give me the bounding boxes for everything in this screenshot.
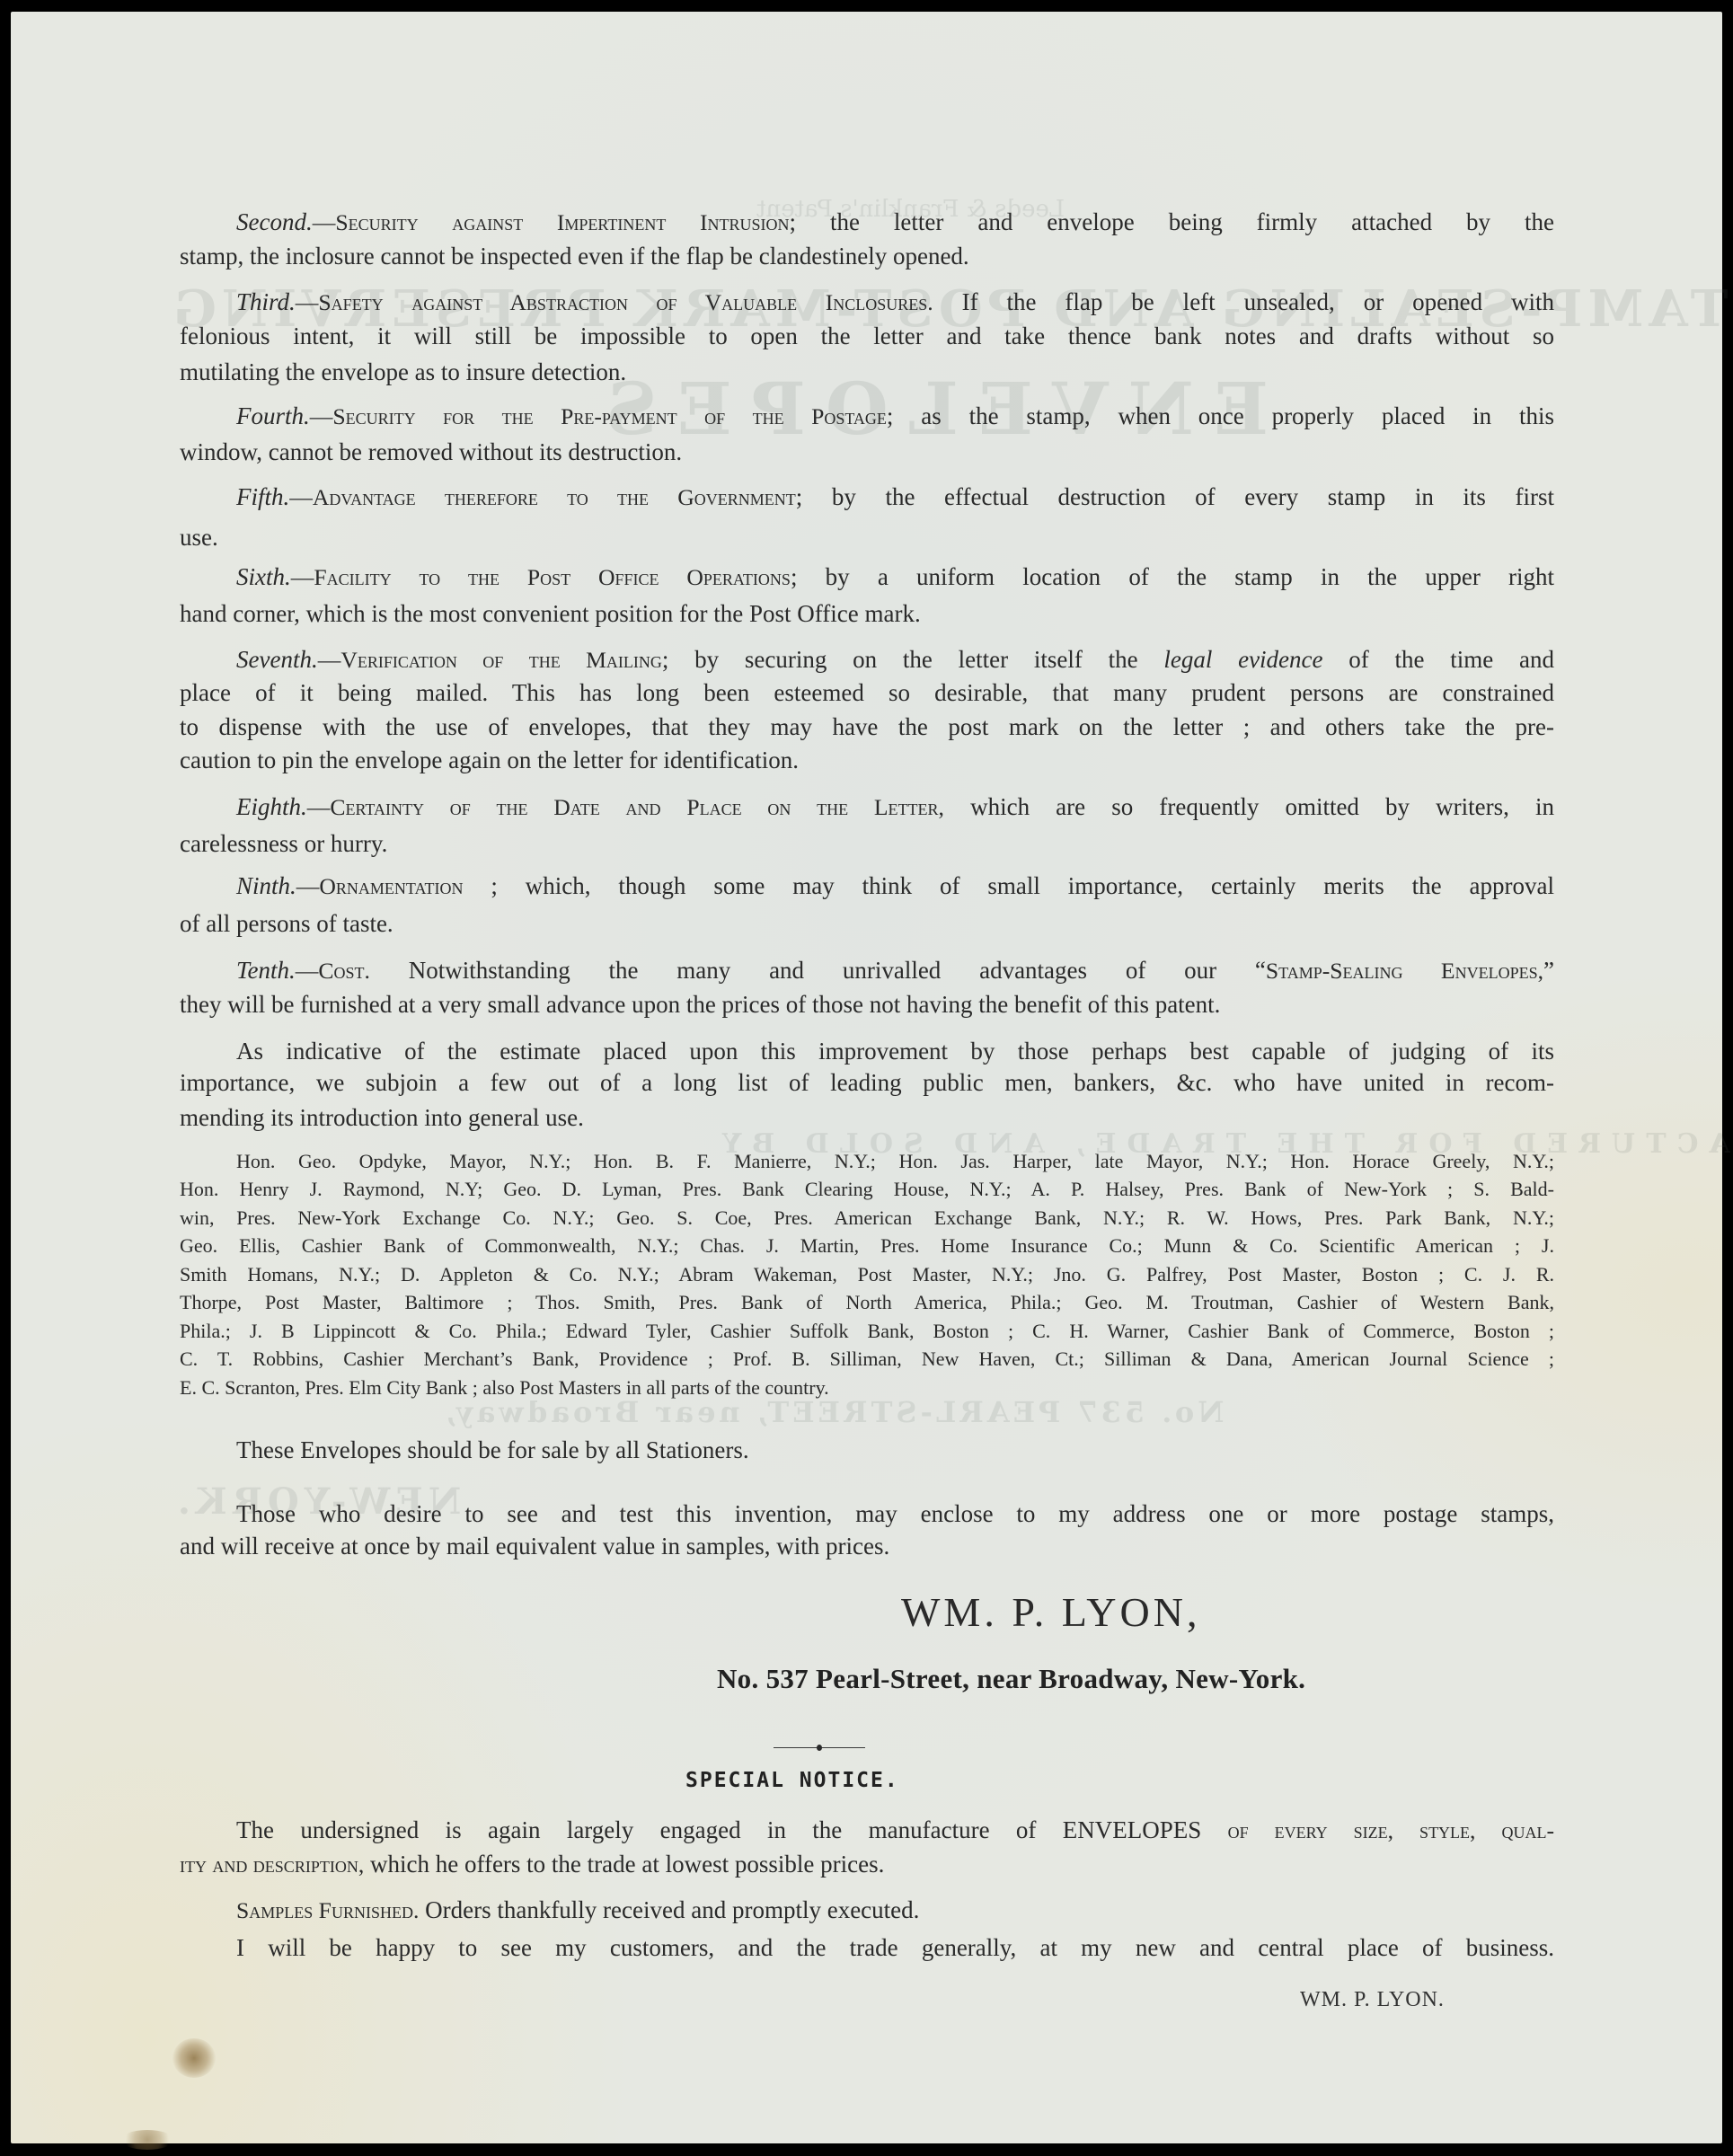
advantage-third-line3: mutilating the envelope as to insure det… (180, 360, 1554, 384)
ghost-address: No. 537 PEARL-STREET, near Broadway, (442, 1395, 1224, 1429)
endorsers-line: Geo. Ellis, Cashier Bank of Commonwealth… (180, 1236, 1554, 1256)
vendor-address: No. 537 Pearl-Street, near Broadway, New… (717, 1663, 1305, 1695)
advantage-second-line2: stamp, the inclosure cannot be inspected… (180, 244, 1554, 269)
advantage-eighth-line2: carelessness or hurry. (180, 832, 1554, 856)
advantage-seventh-line1: Seventh.—Verification of the Mailing; by… (236, 648, 1554, 672)
sale-note: These Envelopes should be for sale by al… (236, 1438, 1554, 1462)
signature: WM. P. LYON. (1300, 1988, 1445, 2012)
advantage-tenth-line2: they will be furnished at a very small a… (180, 993, 1554, 1017)
samples-furnished-line: Samples Furnished. Orders thankfully rec… (236, 1898, 1554, 1922)
advantage-ninth-line2: of all persons of taste. (180, 912, 1554, 936)
endorsement-intro-line1: As indicative of the estimate placed upo… (236, 1039, 1554, 1064)
advantage-seventh-line4: caution to pin the envelope again on the… (180, 748, 1554, 773)
advantage-ninth-line1: Ninth.—Ornamentation ; which, though som… (236, 874, 1554, 898)
endorsers-line: E. C. Scranton, Pres. Elm City Bank ; al… (180, 1378, 1554, 1398)
endorsers-line: Thorpe, Post Master, Baltimore ; Thos. S… (180, 1293, 1554, 1312)
advantage-eighth-line1: Eighth.—Certainty of the Date and Place … (236, 795, 1554, 819)
advantage-fourth-line2: window, cannot be removed without its de… (180, 440, 1554, 464)
advantage-sixth-line1: Sixth.—Facility to the Post Office Opera… (236, 565, 1554, 589)
advantage-third-line2: felonious intent, it will still be impos… (180, 324, 1554, 349)
samples-offer-line2: and will receive at once by mail equival… (180, 1534, 1554, 1559)
endorsers-line: Hon. Henry J. Raymond, N.Y; Geo. D. Lyma… (180, 1180, 1554, 1199)
special-notice-title: SPECIAL NOTICE. (685, 1769, 899, 1792)
special-notice-line2: ity and description, which he offers to … (180, 1852, 1554, 1877)
endorsers-line: Phila.; J. B Lippincott & Co. Phila.; Ed… (180, 1321, 1554, 1341)
advantage-fifth-line1: Fifth.—Advantage therefore to the Govern… (236, 485, 1554, 509)
endorsers-line: Hon. Geo. Opdyke, Mayor, N.Y.; Hon. B. F… (236, 1152, 1554, 1171)
advantage-second-line1: Second.—Security against Impertinent Int… (236, 210, 1554, 234)
endorsement-intro-line3: mending its introduction into general us… (180, 1106, 1554, 1130)
advantage-seventh-line2: place of it being mailed. This has long … (180, 681, 1554, 705)
advantage-third-line1: Third.—Safety against Abstraction of Val… (236, 290, 1554, 314)
endorsers-line: C. T. Robbins, Cashier Merchant’s Bank, … (180, 1349, 1554, 1369)
stain-spot (172, 2038, 216, 2078)
advantage-sixth-line2: hand corner, which is the most convenien… (180, 602, 1554, 626)
stain-spot-edge (120, 2130, 174, 2150)
divider-dot-icon (817, 1745, 822, 1751)
samples-offer-line1: Those who desire to see and test this in… (236, 1502, 1554, 1526)
advantage-fourth-line1: Fourth.—Security for the Pre-payment of … (236, 404, 1554, 429)
closing-line: I will be happy to see my customers, and… (236, 1936, 1554, 1960)
special-notice-line1: The undersigned is again largely engaged… (236, 1818, 1554, 1842)
advantage-seventh-line3: to dispense with the use of envelopes, t… (180, 715, 1554, 739)
vendor-name: WM. P. LYON, (901, 1588, 1200, 1636)
endorsement-intro-line2: importance, we subjoin a few out of a lo… (180, 1071, 1554, 1095)
advantage-tenth-line1: Tenth.—Cost. Notwithstanding the many an… (236, 959, 1554, 983)
endorsers-line: win, Pres. New-York Exchange Co. N.Y.; G… (180, 1208, 1554, 1228)
endorsers-line: Smith Homans, N.Y.; D. Appleton & Co. N.… (180, 1265, 1554, 1285)
advantage-fifth-line2: use. (180, 526, 1554, 550)
